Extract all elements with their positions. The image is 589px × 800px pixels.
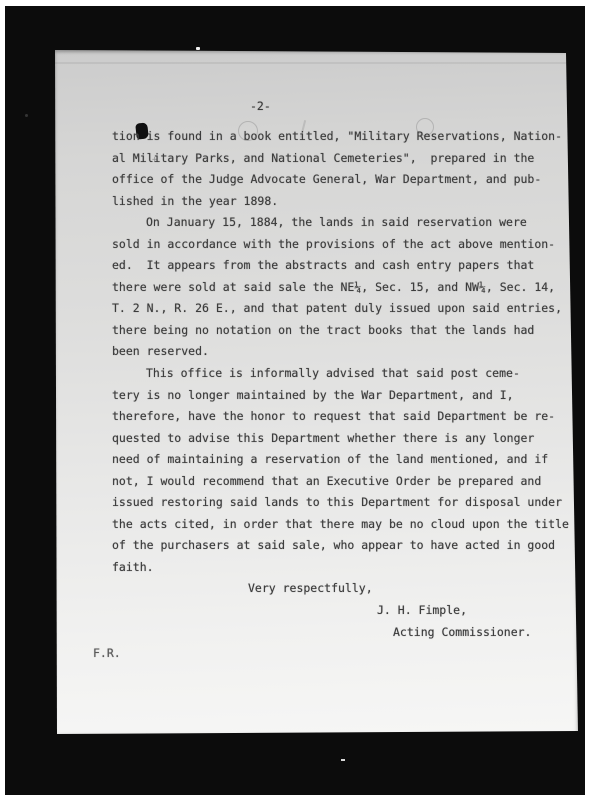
dust-speck [25,114,28,117]
document-page: -2- + tion is found in a book entitled, … [55,50,578,734]
typewritten-line: Acting Commissioner. [112,622,574,644]
letter-body: tion is found in a book entitled, "Milit… [112,126,574,665]
typewritten-line: al Military Parks, and National Cemeteri… [112,148,574,170]
typewritten-line: need of maintaining a reservation of the… [112,449,574,471]
typewritten-line: therefore, have the honor to request tha… [112,406,574,428]
typewritten-line: been reserved. [112,341,574,363]
typewritten-line: issued restoring said lands to this Depa… [112,492,574,514]
typewritten-line: office of the Judge Advocate General, Wa… [112,169,574,191]
typewritten-line: On January 15, 1884, the lands in said r… [112,212,574,234]
dust-speck [341,759,345,761]
paper-edge-speck [196,47,200,50]
typewritten-line: ed. It appears from the abstracts and ca… [112,255,574,277]
typewritten-line: Very respectfully, [112,578,574,600]
typewritten-line: T. 2 N., R. 26 E., and that patent duly … [112,298,574,320]
page-number: -2- [250,96,271,118]
typewritten-line: of the purchasers at said sale, who appe… [112,535,574,557]
typewritten-line: tion is found in a book entitled, "Milit… [112,126,574,148]
typewritten-line: lished in the year 1898. [112,191,574,213]
typewritten-line: there were sold at said sale the NE¼, Se… [112,277,574,299]
typewritten-line: tery is no longer maintained by the War … [112,385,574,407]
screenshot-frame: -2- + tion is found in a book entitled, … [0,0,589,800]
typewritten-line: J. H. Fimple, [112,600,574,622]
typewritten-line: there being no notation on the tract boo… [112,320,574,342]
typewritten-line: sold in accordance with the provisions o… [112,234,574,256]
typewritten-line: faith. [112,557,574,579]
typewritten-line: not, I would recommend that an Executive… [112,471,574,493]
typewritten-line: F.R. [93,643,574,665]
typewritten-line: This office is informally advised that s… [112,363,574,385]
typewritten-line: the acts cited, in order that there may … [112,514,574,536]
typewritten-line: quested to advise this Department whethe… [112,428,574,450]
